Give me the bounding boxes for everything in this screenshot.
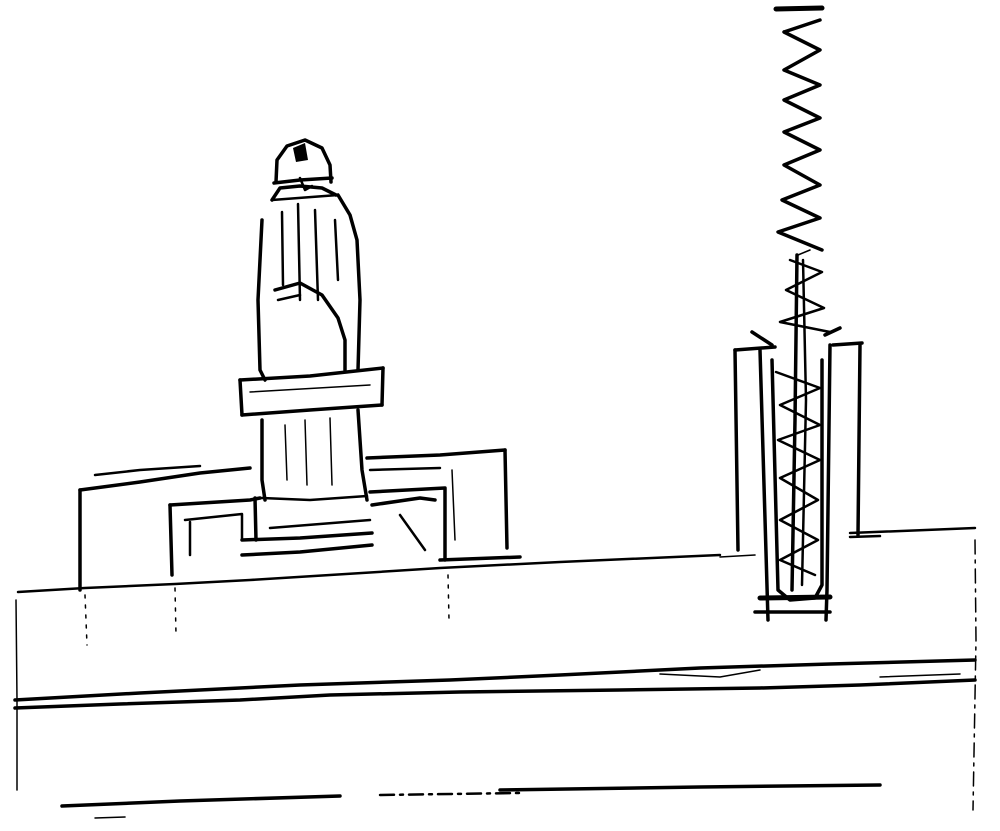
spring-slot (720, 328, 880, 620)
sketch-canvas (0, 0, 1000, 831)
base-plate (15, 528, 976, 818)
dome-cap (272, 140, 336, 200)
mechanism-sketch (0, 0, 1000, 831)
cylindrical-part (258, 195, 367, 500)
raised-block (80, 450, 520, 590)
